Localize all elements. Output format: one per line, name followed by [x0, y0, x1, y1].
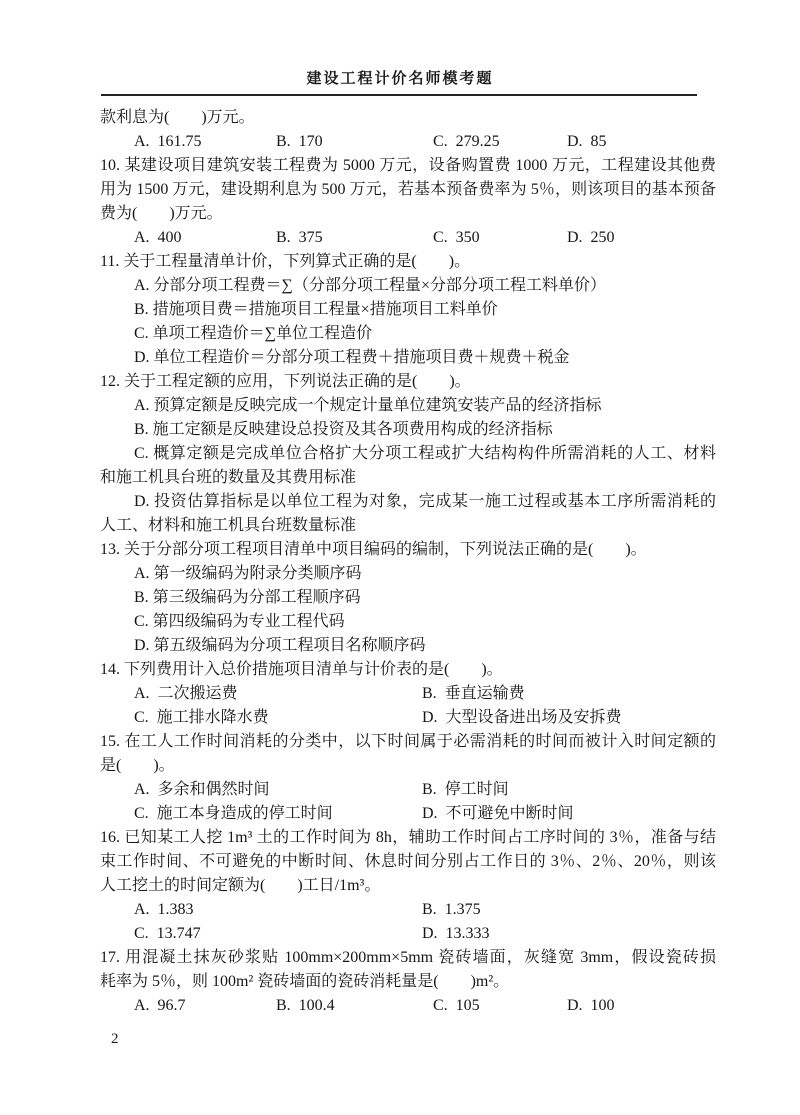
option-item: D. 250 — [567, 226, 716, 250]
question-text-line: 13. 关于分部分项工程项目清单中项目编码的编制，下列说法正确的是( )。 — [100, 538, 716, 562]
question-text-line: 15. 在工人工作时间消耗的分类中，以下时间属于必需消耗的时间而被计入时间定额的 — [100, 730, 716, 754]
option-item: B. 1.375 — [422, 898, 716, 922]
question-text-line: 费为( )万元。 — [100, 202, 716, 226]
options-row: C. 施工排水降水费D. 大型设备进出场及安拆费 — [100, 706, 716, 730]
question-text-line: 14. 下列费用计入总价措施项目清单与计价表的是( )。 — [100, 658, 716, 682]
page-number: 2 — [111, 1031, 119, 1048]
option-item: C. 13.747 — [134, 922, 422, 946]
question-text-line: D. 第五级编码为分项工程项目名称顺序码 — [100, 634, 716, 658]
question-text-line: A. 预算定额是反映完成一个规定计量单位建筑安装产品的经济指标 — [100, 394, 716, 418]
option-item: A. 多余和偶然时间 — [134, 778, 422, 802]
option-item: C. 350 — [433, 226, 567, 250]
question-12: 12. 关于工程定额的应用，下列说法正确的是( )。A. 预算定额是反映完成一个… — [100, 370, 716, 538]
question-text-line: 人工、材料和施工机具台班数量标准 — [100, 514, 716, 538]
content: 款利息为( )万元。A. 161.75B. 170C. 279.25D. 851… — [100, 106, 716, 1018]
question-text-line: 是( )。 — [100, 754, 716, 778]
question-11: 11. 关于工程量清单计价，下列算式正确的是( )。A. 分部分项工程费＝∑（分… — [100, 250, 716, 370]
question-text-line: 11. 关于工程量清单计价，下列算式正确的是( )。 — [100, 250, 716, 274]
question-text-line: 耗率为 5％，则 100m² 瓷砖墙面的瓷砖消耗量是( )m²。 — [100, 970, 716, 994]
options-row: A. 多余和偶然时间B. 停工时间 — [100, 778, 716, 802]
question-text-line: 人工挖土的时间定额为( )工日/1m³。 — [100, 874, 716, 898]
question-text-line: 12. 关于工程定额的应用，下列说法正确的是( )。 — [100, 370, 716, 394]
options-row: C. 施工本身造成的停工时间D. 不可避免中断时间 — [100, 802, 716, 826]
option-item: B. 100.4 — [276, 994, 433, 1018]
option-item: D. 85 — [567, 130, 716, 154]
option-item: A. 400 — [134, 226, 276, 250]
option-item: A. 96.7 — [134, 994, 276, 1018]
option-item: C. 105 — [433, 994, 567, 1018]
option-item: D. 100 — [567, 994, 716, 1018]
question-text-line: B. 第三级编码为分部工程顺序码 — [100, 586, 716, 610]
question-text-line: 16. 已知某工人挖 1m³ 土的工作时间为 8h，辅助工作时间占工序时间的 3… — [100, 826, 716, 850]
question-10: 10. 某建设项目建筑安装工程费为 5000 万元，设备购置费 1000 万元，… — [100, 154, 716, 250]
option-item: C. 施工排水降水费 — [134, 706, 422, 730]
options-row: C. 13.747D. 13.333 — [100, 922, 716, 946]
question-text-line: 10. 某建设项目建筑安装工程费为 5000 万元，设备购置费 1000 万元，… — [100, 154, 716, 178]
option-item: A. 1.383 — [134, 898, 422, 922]
question-text-line: B. 措施项目费＝措施项目工程量×措施项目工料单价 — [100, 298, 716, 322]
question-text-line: 和施工机具台班的数量及其费用标准 — [100, 466, 716, 490]
option-item: A. 161.75 — [134, 130, 276, 154]
option-item: C. 279.25 — [433, 130, 567, 154]
question-text-line: C. 概算定额是完成单位合格扩大分项工程或扩大结构构件所需消耗的人工、材料 — [100, 442, 716, 466]
question-13: 13. 关于分部分项工程项目清单中项目编码的编制，下列说法正确的是( )。A. … — [100, 538, 716, 658]
option-item: D. 13.333 — [422, 922, 716, 946]
question-text-line: C. 单项工程造价＝∑单位工程造价 — [100, 322, 716, 346]
question-text-line: 17. 用混凝土抹灰砂浆贴 100mm×200mm×5mm 瓷砖墙面，灰缝宽 3… — [100, 946, 716, 970]
question-text-line: A. 第一级编码为附录分类顺序码 — [100, 562, 716, 586]
question-text-line: 束工作时间、不可避免的中断时间、休息时间分别占工作日的 3％、2％、20％，则该 — [100, 850, 716, 874]
exam-page: 建设工程计价名师模考题 款利息为( )万元。A. 161.75B. 170C. … — [0, 0, 800, 1115]
question-14: 14. 下列费用计入总价措施项目清单与计价表的是( )。A. 二次搬运费B. 垂… — [100, 658, 716, 730]
options-row: A. 1.383B. 1.375 — [100, 898, 716, 922]
question-9-continuation: 款利息为( )万元。A. 161.75B. 170C. 279.25D. 85 — [100, 106, 716, 154]
options-row: A. 400B. 375C. 350D. 250 — [100, 226, 716, 250]
option-item: B. 375 — [276, 226, 433, 250]
option-item: D. 大型设备进出场及安拆费 — [422, 706, 716, 730]
option-item: C. 施工本身造成的停工时间 — [134, 802, 422, 826]
option-item: A. 二次搬运费 — [134, 682, 422, 706]
question-16: 16. 已知某工人挖 1m³ 土的工作时间为 8h，辅助工作时间占工序时间的 3… — [100, 826, 716, 946]
question-15: 15. 在工人工作时间消耗的分类中，以下时间属于必需消耗的时间而被计入时间定额的… — [100, 730, 716, 826]
option-item: B. 停工时间 — [422, 778, 716, 802]
page-title: 建设工程计价名师模考题 — [0, 67, 800, 88]
question-text-line: D. 投资估算指标是以单位工程为对象，完成某一施工过程或基本工序所需消耗的 — [100, 490, 716, 514]
options-row: A. 161.75B. 170C. 279.25D. 85 — [100, 130, 716, 154]
option-item: D. 不可避免中断时间 — [422, 802, 716, 826]
option-item: B. 170 — [276, 130, 433, 154]
question-text-line: D. 单位工程造价＝分部分项工程费＋措施项目费＋规费＋税金 — [100, 346, 716, 370]
question-text-line: C. 第四级编码为专业工程代码 — [100, 610, 716, 634]
question-text-line: B. 施工定额是反映建设总投资及其各项费用构成的经济指标 — [100, 418, 716, 442]
options-row: A. 二次搬运费B. 垂直运输费 — [100, 682, 716, 706]
question-text-line: A. 分部分项工程费＝∑（分部分项工程量×分部分项工程工料单价） — [100, 274, 716, 298]
question-text-line: 用为 1500 万元，建设期利息为 500 万元，若基本预备费率为 5％，则该项… — [100, 178, 716, 202]
question-text-line: 款利息为( )万元。 — [100, 106, 716, 130]
question-17: 17. 用混凝土抹灰砂浆贴 100mm×200mm×5mm 瓷砖墙面，灰缝宽 3… — [100, 946, 716, 1018]
header-divider — [101, 94, 697, 96]
options-row: A. 96.7B. 100.4C. 105D. 100 — [100, 994, 716, 1018]
option-item: B. 垂直运输费 — [422, 682, 716, 706]
